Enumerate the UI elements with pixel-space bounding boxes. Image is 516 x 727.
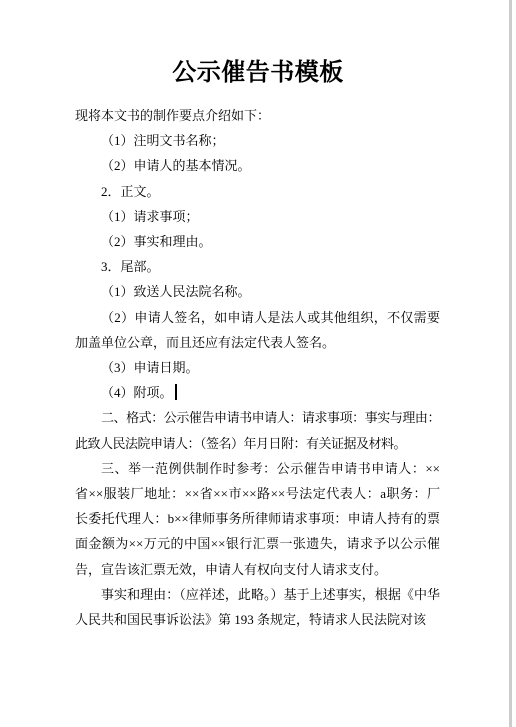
document-body[interactable]: 现将本文书的制作要点介绍如下：（1）注明文书名称；（2）申请人的基本情况。2．正… bbox=[75, 103, 440, 632]
paragraph[interactable]: （1）注明文书名称； bbox=[75, 128, 440, 153]
paragraph[interactable]: （1）请求事项； bbox=[75, 204, 440, 229]
document-title[interactable]: 公示催告书模板 bbox=[0, 58, 516, 88]
paragraph[interactable]: （2）事实和理由。 bbox=[75, 229, 440, 254]
paragraph[interactable]: 3．尾部。 bbox=[75, 254, 440, 279]
paragraph[interactable]: （2）申请人签名，如申请人是法人或其他组织，不仅需要加盖单位公章，而且还应有法定… bbox=[75, 305, 440, 355]
page-edge-line bbox=[509, 0, 512, 727]
paragraph[interactable]: 现将本文书的制作要点介绍如下： bbox=[75, 103, 440, 128]
document-page[interactable]: 公示催告书模板 现将本文书的制作要点介绍如下：（1）注明文书名称；（2）申请人的… bbox=[0, 0, 516, 727]
paragraph[interactable]: 三、举一范例供制作时参考：公示催告申请书申请人：××省××服装厂地址：××省××… bbox=[75, 456, 440, 582]
paragraph[interactable]: （3）申请日期。 bbox=[75, 355, 440, 380]
paragraph[interactable]: （2）申请人的基本情况。 bbox=[75, 153, 440, 178]
text-cursor bbox=[175, 384, 177, 400]
paragraph[interactable]: 二、格式：公示催告申请书申请人：请求事项：事实与理由：此致人民法院申请人：（签名… bbox=[75, 405, 440, 455]
paragraph[interactable]: （1）致送人民法院名称。 bbox=[75, 279, 440, 304]
paragraph[interactable]: 2．正文。 bbox=[75, 179, 440, 204]
paragraph[interactable]: 事实和理由：（应祥述，此略。）基于上述事实，根据《中华人民共和国民事诉讼法》第 … bbox=[75, 582, 440, 632]
paragraph[interactable]: （4）附项。 bbox=[75, 380, 440, 405]
